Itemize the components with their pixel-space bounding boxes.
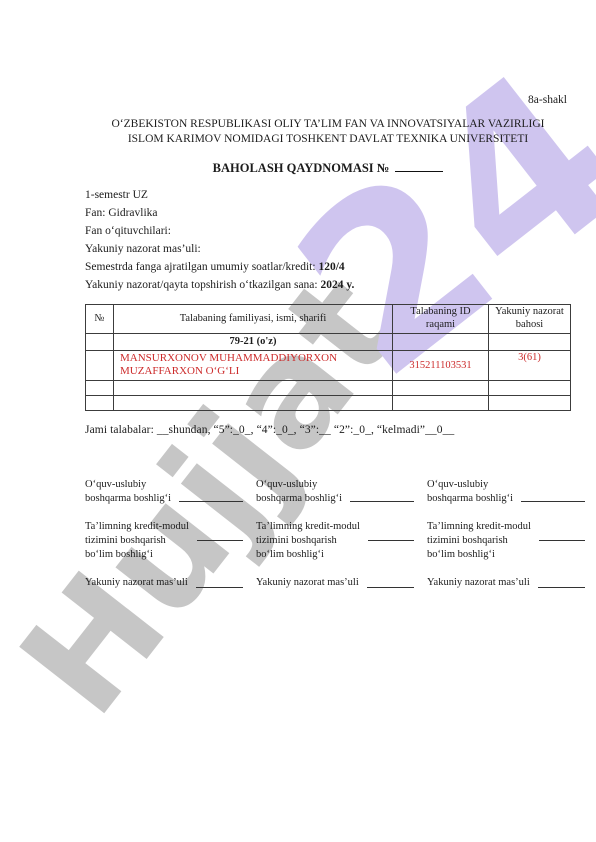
student-id-cell: 315211103531: [393, 350, 489, 381]
student-grade-cell: 3(61): [489, 350, 571, 381]
document-content: 8a-shakl O‘ZBEKISTON RESPUBLIKASI OLIY T…: [85, 0, 571, 590]
header-cell-num: №: [86, 305, 114, 333]
group-cell-id: [393, 333, 489, 350]
signature-label: Yakuniy nazorat mas’uli: [256, 576, 359, 590]
signature-line: [521, 501, 585, 502]
info-block: 1-semestr UZ Fan: Gidravlika Fan o‘qituv…: [85, 186, 571, 294]
signature-label: Ta’limning kredit-modul tizimini boshqar…: [427, 520, 531, 561]
hours-line: Semestrda fanga ajratilgan umumiy soatla…: [85, 258, 571, 276]
hours-label: Semestrda fanga ajratilgan umumiy soatla…: [85, 261, 318, 273]
document-title-text: BAHOLASH QAYDNOMASI №: [213, 161, 390, 175]
empty-grade-cell: [489, 381, 571, 396]
signature-credit-module-col1: Ta’limning kredit-modul tizimini boshqar…: [85, 520, 243, 561]
empty-id-cell: [393, 396, 489, 411]
empty-row: [86, 396, 571, 411]
group-cell-num: [86, 333, 114, 350]
signature-credit-module-col2: Ta’limning kredit-modul tizimini boshqar…: [256, 520, 414, 561]
subject-line: Fan: Gidravlika: [85, 204, 571, 222]
empty-name-cell: [114, 396, 393, 411]
signature-line: [196, 587, 243, 588]
signature-line: [538, 587, 585, 588]
teachers-line: Fan o‘qituvchilari:: [85, 222, 571, 240]
document-page: Hujjat 24 8a-shakl O‘ZBEKISTON RESPUBLIK…: [0, 0, 596, 842]
responsible-line: Yakuniy nazorat mas’uli:: [85, 240, 571, 258]
signatures-grid: O‘quv-uslubiy boshqarma boshlig‘i O‘quv-…: [85, 478, 585, 590]
signature-credit-module-col3: Ta’limning kredit-modul tizimini boshqar…: [427, 520, 585, 561]
totals-line: Jami talabalar: __shundan, “5”:_0_, “4”:…: [85, 424, 571, 436]
signature-line: [539, 540, 585, 541]
group-cell-grade: [489, 333, 571, 350]
student-num-cell: [86, 350, 114, 381]
document-title: BAHOLASH QAYDNOMASI №: [85, 161, 571, 176]
signature-label: O‘quv-uslubiy boshqarma boshlig‘i: [85, 478, 171, 505]
date-line: Yakuniy nazorat/qayta topshirish o‘tkazi…: [85, 276, 571, 294]
signature-final-control-col1: Yakuniy nazorat mas’uli: [85, 576, 243, 590]
date-value: 2024 y.: [321, 279, 355, 291]
ministry-header: O‘ZBEKISTON RESPUBLIKASI OLIY TA’LIM FAN…: [85, 117, 571, 146]
signature-line: [368, 540, 414, 541]
grades-table: № Talabaning familiyasi, ismi, sharifi T…: [85, 304, 571, 411]
signature-line: [179, 501, 243, 502]
empty-id-cell: [393, 381, 489, 396]
signature-edu-dept-col1: O‘quv-uslubiy boshqarma boshlig‘i: [85, 478, 243, 505]
signature-line: [367, 587, 414, 588]
empty-num-cell: [86, 381, 114, 396]
student-row: MANSURXONOV MUHAMMADDIYORXON MUZAFFARXON…: [86, 350, 571, 381]
semester-line: 1-semestr UZ: [85, 186, 571, 204]
signature-label: O‘quv-uslubiy boshqarma boshlig‘i: [256, 478, 342, 505]
signature-label: Yakuniy nazorat mas’uli: [85, 576, 188, 590]
header-cell-id: Talabaning ID raqami: [393, 305, 489, 333]
signature-label: Ta’limning kredit-modul tizimini boshqar…: [85, 520, 189, 561]
signature-line: [350, 501, 414, 502]
signature-line: [197, 540, 243, 541]
group-row: 79-21 (o'z): [86, 333, 571, 350]
signature-label: Ta’limning kredit-modul tizimini boshqar…: [256, 520, 360, 561]
table-header-row: № Talabaning familiyasi, ismi, sharifi T…: [86, 305, 571, 333]
empty-row: [86, 381, 571, 396]
signature-final-control-col3: Yakuniy nazorat mas’uli: [427, 576, 585, 590]
group-cell-label: 79-21 (o'z): [114, 333, 393, 350]
empty-name-cell: [114, 381, 393, 396]
header-cell-name: Talabaning familiyasi, ismi, sharifi: [114, 305, 393, 333]
date-label: Yakuniy nazorat/qayta topshirish o‘tkazi…: [85, 279, 321, 291]
signature-edu-dept-col2: O‘quv-uslubiy boshqarma boshlig‘i: [256, 478, 414, 505]
empty-grade-cell: [489, 396, 571, 411]
student-name-cell: MANSURXONOV MUHAMMADDIYORXON MUZAFFARXON…: [114, 350, 393, 381]
signature-edu-dept-col3: O‘quv-uslubiy boshqarma boshlig‘i: [427, 478, 585, 505]
hours-value: 120/4: [318, 261, 344, 273]
doc-number-blank-line: [395, 162, 443, 172]
signature-final-control-col2: Yakuniy nazorat mas’uli: [256, 576, 414, 590]
ministry-line-2: ISLOM KARIMOV NOMIDAGI TOSHKENT DAVLAT T…: [85, 132, 571, 147]
signature-label: O‘quv-uslubiy boshqarma boshlig‘i: [427, 478, 513, 505]
empty-num-cell: [86, 396, 114, 411]
form-code-label: 8a-shakl: [85, 94, 571, 106]
ministry-line-1: O‘ZBEKISTON RESPUBLIKASI OLIY TA’LIM FAN…: [85, 117, 571, 132]
signature-label: Yakuniy nazorat mas’uli: [427, 576, 530, 590]
header-cell-grade: Yakuniy nazorat bahosi: [489, 305, 571, 333]
